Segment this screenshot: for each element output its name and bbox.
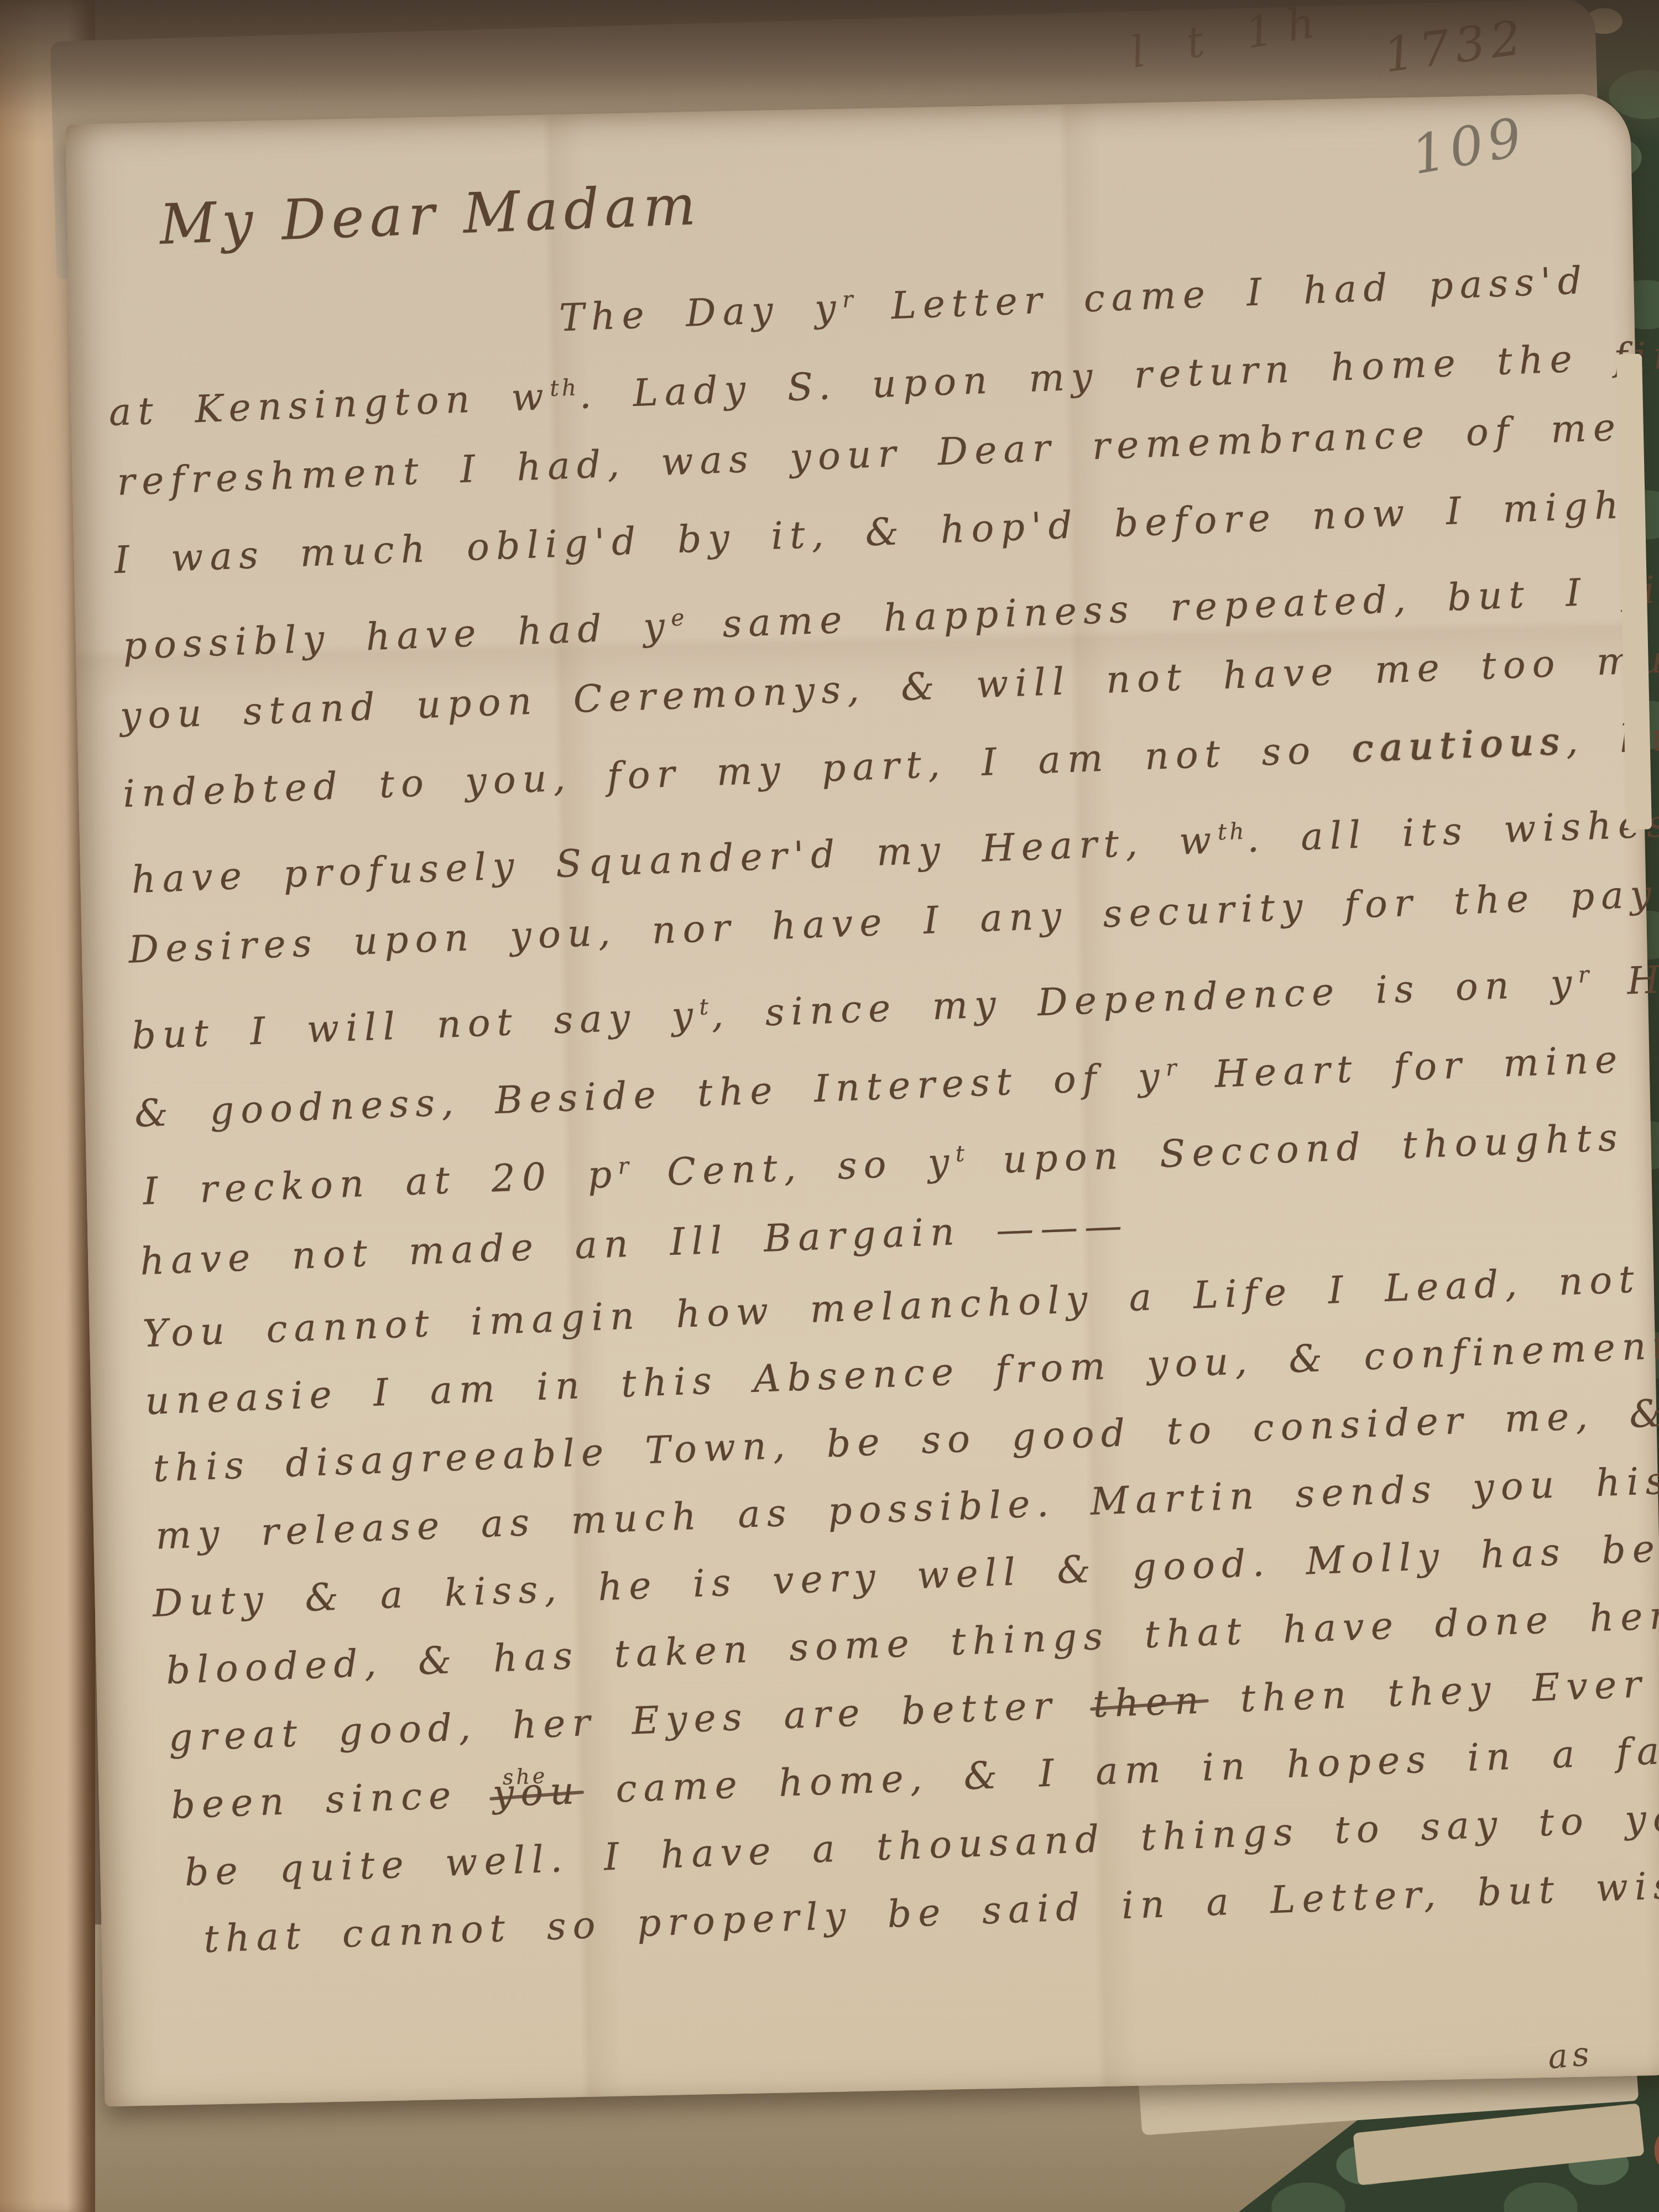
letter-text: . all its wishes, &. xyxy=(1246,798,1659,862)
letter-text: possibly have had y xyxy=(122,604,672,668)
superscript-abbreviation: t xyxy=(955,1140,968,1167)
superscript-abbreviation: r xyxy=(842,286,856,313)
superscript-abbreviation: t xyxy=(699,993,712,1020)
superscript-abbreviation: e xyxy=(670,604,687,631)
letter-text: been since xyxy=(170,1772,493,1828)
letter-text: but I will not say y xyxy=(131,994,701,1058)
superscript-abbreviation: r xyxy=(1578,961,1592,988)
struck-word: youshe xyxy=(492,1757,582,1828)
letter-text: I reckon at 20 p xyxy=(142,1152,619,1213)
letter-text: Honour xyxy=(1591,953,1659,1004)
letter-body: My Dear Madam The Day yr Letter came I h… xyxy=(101,139,1659,1975)
superscript-abbreviation: r xyxy=(618,1152,632,1180)
letter-page: 109 My Dear Madam The Day yr Letter came… xyxy=(65,93,1659,2106)
letter-paragraph-1: The Day yr Letter came I had pass'dat Ke… xyxy=(105,232,1656,1301)
superscript-abbreviation: th xyxy=(1217,818,1247,846)
letter-text: Cent, so y xyxy=(631,1140,957,1196)
salutation: My Dear Madam xyxy=(158,139,1618,257)
letter-paragraph-2: You cannot imagin how melancholy a Life … xyxy=(142,1245,1659,1975)
letter-text: cautious xyxy=(1351,719,1567,771)
letter-text: at Kensington w xyxy=(108,375,551,435)
pen-trial-marks: l t 1h xyxy=(1127,0,1333,78)
letter-text: Heart for mine is w xyxy=(1179,1032,1659,1098)
superscript-abbreviation: th xyxy=(549,374,579,401)
superscript-abbreviation: r xyxy=(1165,1054,1180,1081)
letter-text: then they Ever have xyxy=(1204,1657,1659,1722)
struck-word: then xyxy=(1092,1678,1206,1726)
inserted-word: she xyxy=(502,1742,549,1811)
letter-photograph: l t 1h 1732 109 My Dear Madam The Day yr… xyxy=(0,0,1659,2212)
next-page-word: as xyxy=(1547,2034,1595,2077)
letter-text: The Day y xyxy=(559,286,843,340)
year-inscription: 1732 xyxy=(1380,9,1530,83)
